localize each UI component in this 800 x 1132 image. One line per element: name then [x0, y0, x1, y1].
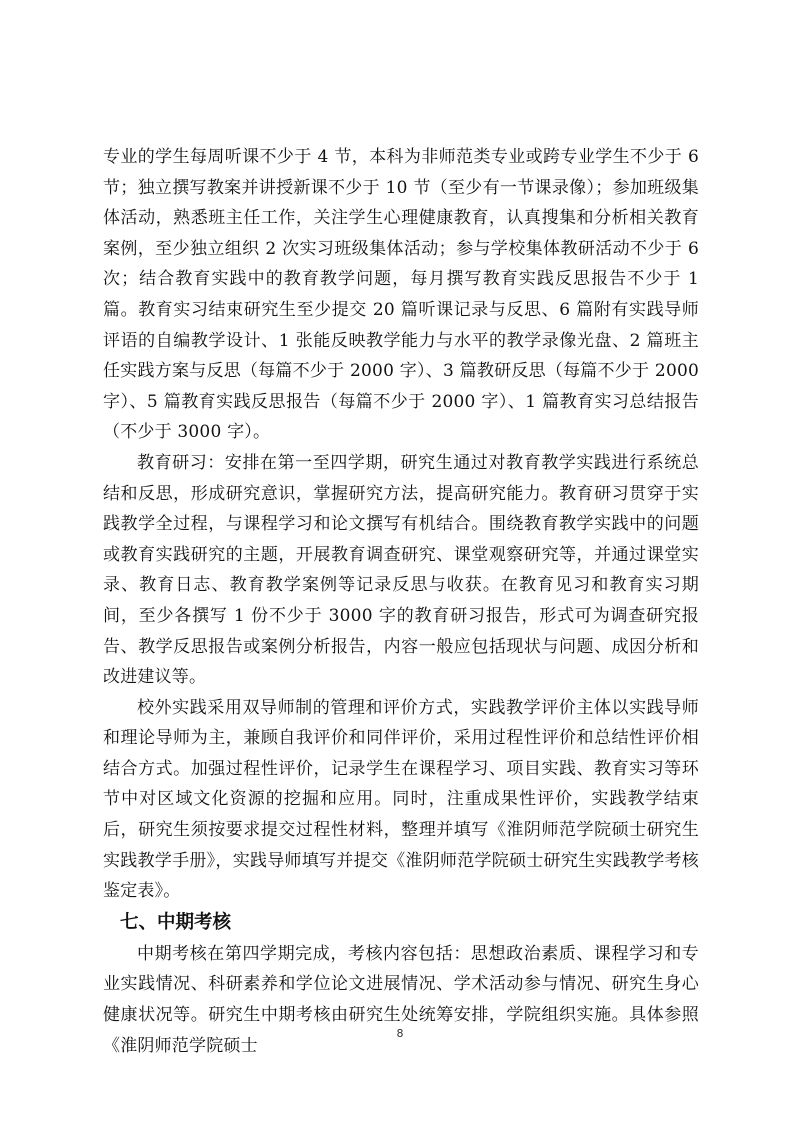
paragraph-midterm-assessment: 中期考核在第四学期完成，考核内容包括：思想政治素质、课程学习和专业实践情况、科研…	[103, 939, 699, 1061]
paragraph-practice-requirements: 专业的学生每周听课不少于 4 节，本科为非师范类专业或跨专业学生不少于 6 节；…	[103, 142, 699, 448]
section-heading-midterm-assessment: 七、中期考核	[103, 907, 699, 939]
paragraph-education-research: 教育研习：安排在第一至四学期，研究生通过对教育教学实践进行系统总结和反思，形成研…	[103, 448, 699, 693]
page-number: 8	[0, 1027, 800, 1040]
document-body: 专业的学生每周听课不少于 4 节，本科为非师范类专业或跨专业学生不少于 6 节；…	[103, 142, 699, 1061]
document-page: 专业的学生每周听课不少于 4 节，本科为非师范类专业或跨专业学生不少于 6 节；…	[0, 0, 800, 1132]
paragraph-dual-mentor-evaluation: 校外实践采用双导师制的管理和评价方式，实践教学评价主体以实践导师和理论导师为主，…	[103, 693, 699, 907]
